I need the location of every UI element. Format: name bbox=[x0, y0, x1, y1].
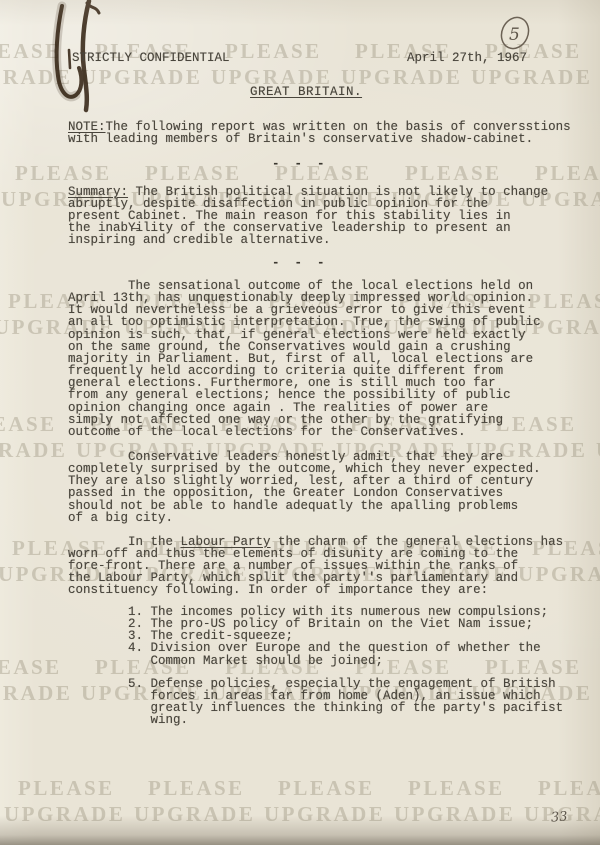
watermark-word: PLEASE bbox=[18, 776, 115, 801]
paragraph-1: The sensational outcome of the local ele… bbox=[68, 280, 541, 438]
watermark-word: UPGRADE bbox=[134, 802, 255, 827]
numbered-list-item-5: 5. Defense policies, especially the enga… bbox=[128, 678, 563, 727]
watermark-word: PLEASE bbox=[278, 776, 375, 801]
date-label: April 27th, 1967 bbox=[407, 52, 527, 64]
watermark-word: UPGRADE bbox=[394, 802, 515, 827]
summary-body: abruptly, despite disaffection in public… bbox=[68, 198, 511, 247]
page-title: GREAT BRITAIN. bbox=[250, 86, 362, 98]
classification-label: STRICTLY CONFIDENTIAL bbox=[72, 52, 230, 64]
page-number: 33 bbox=[550, 809, 568, 825]
circled-number: 5 bbox=[495, 12, 535, 54]
watermark-word: PLEASE bbox=[0, 655, 62, 680]
watermark-word: UPGRADE bbox=[518, 562, 600, 587]
watermark-word: UPGRADE bbox=[0, 681, 72, 706]
watermark-word: PLEASE bbox=[408, 776, 505, 801]
watermark-word: PLEASE bbox=[148, 776, 245, 801]
watermark-word: UPGRADE bbox=[471, 65, 592, 90]
watermark-word: PLEASE bbox=[405, 161, 502, 186]
watermark-word: PLEASE bbox=[0, 412, 57, 437]
watermark-word: PLEASE bbox=[145, 161, 242, 186]
watermark-word: UPGRADE bbox=[264, 802, 385, 827]
separator-dashes: - - - bbox=[272, 257, 325, 269]
watermark-word: UPGRADE bbox=[4, 802, 125, 827]
separator-dashes: - - - bbox=[272, 158, 325, 170]
numbered-list-items-1-4: 1. The incomes policy with its numerous … bbox=[128, 606, 548, 667]
watermark-word: UPGRADE bbox=[596, 438, 600, 463]
watermark-word: PLEASE bbox=[535, 161, 600, 186]
paragraph-3-body: worn off and thus the elements of disuni… bbox=[68, 548, 518, 597]
watermark-word: PLEASE bbox=[225, 39, 322, 64]
note-line-2: with leading members of Britain's conser… bbox=[68, 133, 533, 145]
paragraph-2: Conservative leaders honestly admit, tha… bbox=[68, 451, 541, 524]
circled-number-text: 5 bbox=[509, 25, 520, 45]
document-page: PLEASEUPGRADEPLEASEUPGRADEPLEASEUPGRADEP… bbox=[0, 0, 600, 845]
watermark-word: PLEASE bbox=[15, 161, 112, 186]
watermark-word: UPGRADE bbox=[0, 438, 67, 463]
watermark-word: PLEASE bbox=[538, 776, 600, 801]
